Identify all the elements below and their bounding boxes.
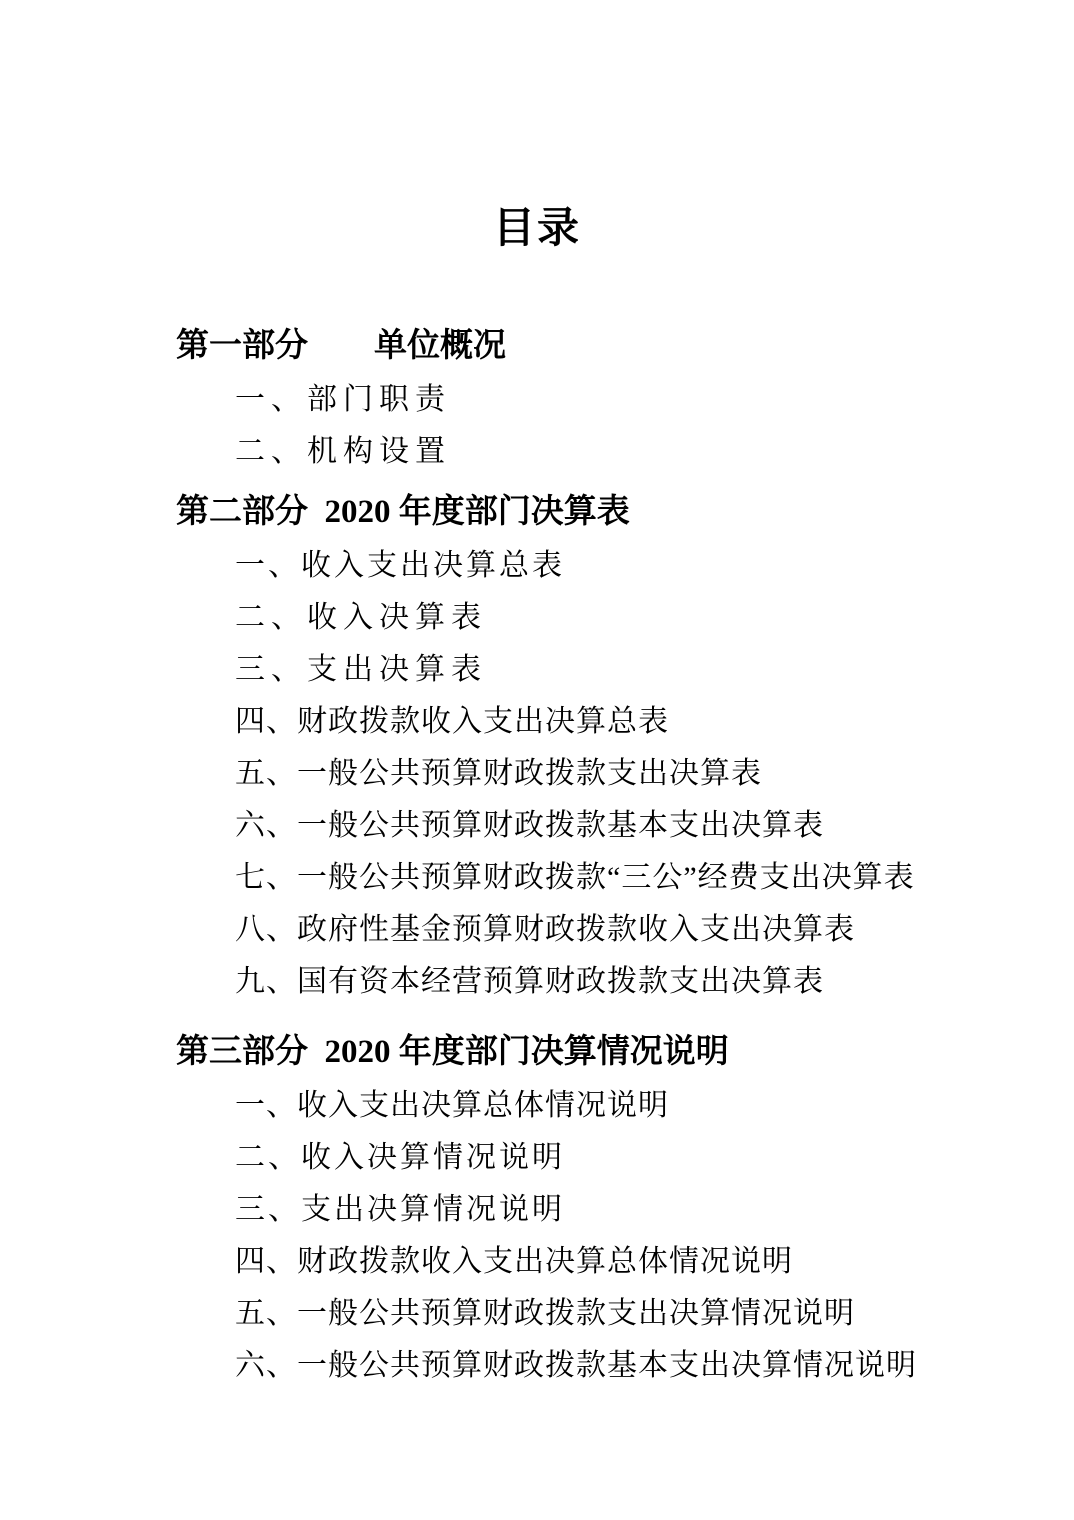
toc-section-2: 第二部分 2020 年度部门决算表 一、收入支出决算总表 二、收入决算表 三、支… — [176, 484, 1034, 1008]
toc-item: 二、收入决算表 — [235, 592, 1034, 644]
toc-item: 五、一般公共预算财政拨款支出决算情况说明 — [235, 1288, 1034, 1340]
toc-item: 一、部门职责 — [235, 374, 1034, 426]
section-heading: 第三部分 2020 年度部门决算情况说明 — [176, 1024, 1034, 1080]
toc-item: 八、政府性基金预算财政拨款收入支出决算表 — [235, 904, 1034, 956]
toc-section-1: 第一部分 单位概况 一、部门职责 二、机构设置 — [176, 318, 1034, 478]
toc-item: 二、收入决算情况说明 — [235, 1132, 1034, 1184]
toc-item: 三、支出决算表 — [235, 644, 1034, 696]
table-of-contents: 第一部分 单位概况 一、部门职责 二、机构设置 第二部分 2020 年度部门决算… — [176, 318, 1034, 1392]
toc-item: 九、国有资本经营预算财政拨款支出决算表 — [235, 956, 1034, 1008]
toc-item: 三、支出决算情况说明 — [235, 1184, 1034, 1236]
toc-item: 五、一般公共预算财政拨款支出决算表 — [235, 748, 1034, 800]
page-title: 目录 — [0, 206, 1074, 252]
toc-item: 一、收入支出决算总表 — [235, 540, 1034, 592]
toc-section-3: 第三部分 2020 年度部门决算情况说明 一、收入支出决算总体情况说明 二、收入… — [176, 1024, 1034, 1392]
section-heading: 第一部分 单位概况 — [176, 318, 1034, 374]
toc-item: 一、收入支出决算总体情况说明 — [235, 1080, 1034, 1132]
toc-item: 七、一般公共预算财政拨款“三公”经费支出决算表 — [235, 852, 1034, 904]
document-page: 目录 第一部分 单位概况 一、部门职责 二、机构设置 第二部分 2020 年度部… — [0, 0, 1074, 1520]
toc-item: 二、机构设置 — [235, 426, 1034, 478]
toc-item: 四、财政拨款收入支出决算总体情况说明 — [235, 1236, 1034, 1288]
toc-item: 六、一般公共预算财政拨款基本支出决算情况说明 — [235, 1340, 1034, 1392]
toc-item: 四、财政拨款收入支出决算总表 — [235, 696, 1034, 748]
section-heading: 第二部分 2020 年度部门决算表 — [176, 484, 1034, 540]
toc-item: 六、一般公共预算财政拨款基本支出决算表 — [235, 800, 1034, 852]
